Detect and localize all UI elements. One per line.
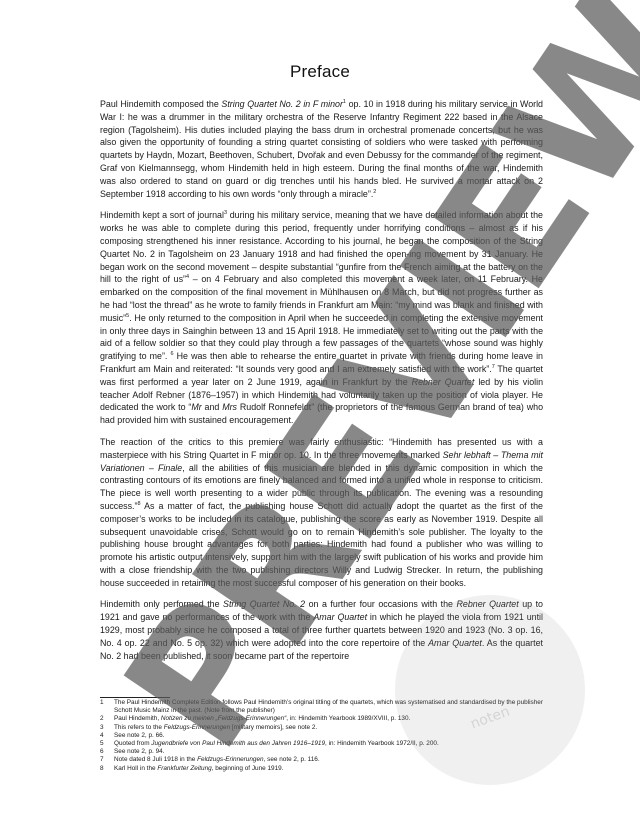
text-run: Note dated 8 Juli 1918 in the (114, 756, 197, 763)
footnote-number: 7 (100, 756, 114, 764)
text-run: , in: Hindemith Yearbook 1989/XVIII, p. … (286, 715, 410, 722)
text-run: The Paul Hindemith Complete Edition foll… (114, 699, 543, 714)
footnote-text: Karl Holl in the Frankfurter Zeitung, be… (114, 765, 545, 773)
text-run: Paul Hindemith composed the (100, 99, 221, 109)
footnote: 8Karl Holl in the Frankfurter Zeitung, b… (100, 765, 545, 773)
footnote-number: 1 (100, 699, 114, 715)
paragraph: The reaction of the critics to this prem… (100, 436, 543, 590)
italic-text: Amar Quartet (428, 638, 482, 648)
text-run: on a further four occasions with the (305, 599, 456, 609)
footnote-ref: 2 (373, 189, 376, 195)
italic-text: Jugendbriefe von Paul Hindemith aus den … (151, 740, 325, 747)
italic-text: Rebner Quartet (456, 599, 518, 609)
footnote-number: 3 (100, 724, 114, 732)
italic-text: Rebner Quartet (412, 377, 475, 387)
text-run: and (202, 402, 223, 412)
footnote-text: See note 2, p. 66. (114, 732, 545, 740)
paragraph: Paul Hindemith composed the String Quart… (100, 98, 543, 200)
text-run: Hindemith kept a sort of journal (100, 210, 224, 220)
footnote-text: Paul Hindemith, Notizen zu meinen „Feldz… (114, 715, 545, 723)
text-run: As a matter of fact, the publishing hous… (100, 501, 543, 588)
footnote: 7Note dated 8 Juli 1918 in the Feldzugs-… (100, 756, 545, 764)
footnote-text: Note dated 8 Juli 1918 in the Feldzugs-E… (114, 756, 545, 764)
italic-text: Mrs (222, 402, 237, 412)
text-run: See note 2, p. 66. (114, 732, 164, 739)
italic-text: Frankfurter Zeitung (157, 765, 211, 772)
text-run: , see note 2, p. 116. (264, 756, 320, 763)
text-run: , beginning of June 1919. (212, 765, 284, 772)
italic-text: Feldzugs-Erinnerungen (164, 724, 230, 731)
text-run: Paul Hindemith, (114, 715, 161, 722)
footnote-divider (100, 697, 170, 698)
page-title: Preface (0, 62, 640, 82)
italic-text: String Quartet No. 2 (223, 599, 305, 609)
text-run: This refers to the (114, 724, 164, 731)
italic-text: Mr (191, 402, 201, 412)
footnote: 5Quoted from Jugendbriefe von Paul Hinde… (100, 740, 545, 748)
italic-text: Notizen zu meinen „Feldzugs-Erinnerungen… (161, 715, 286, 722)
footnote: 4See note 2, p. 66. (100, 732, 545, 740)
footnote: 2Paul Hindemith, Notizen zu meinen „Feld… (100, 715, 545, 723)
text-run: Quoted from (114, 740, 151, 747)
paragraph: Hindemith only performed the String Quar… (100, 598, 543, 662)
paragraph: Hindemith kept a sort of journal3 during… (100, 209, 543, 427)
footnote: 3This refers to the Feldzugs-Erinnerunge… (100, 724, 545, 732)
italic-text: Amar Quartet (313, 612, 367, 622)
footnote-text: This refers to the Feldzugs-Erinnerungen… (114, 724, 545, 732)
footnote-text: See note 2, p. 94. (114, 748, 545, 756)
footnote: 1The Paul Hindemith Complete Edition fol… (100, 699, 545, 715)
italic-text: Feldzugs-Erinnerungen (197, 756, 263, 763)
text-run: Hindemith only performed the (100, 599, 223, 609)
document-page: Preface Paul Hindemith composed the Stri… (0, 0, 640, 839)
preface-body: Paul Hindemith composed the String Quart… (100, 98, 543, 671)
text-run: [military memoirs], see note 2. (230, 724, 317, 731)
footnote: 6See note 2, p. 94. (100, 748, 545, 756)
footnote-number: 6 (100, 748, 114, 756)
footnote-text: The Paul Hindemith Complete Edition foll… (114, 699, 545, 715)
text-run: op. 10 in 1918 during his military servi… (100, 99, 543, 199)
italic-text: String Quartet No. 2 in F minor (221, 99, 343, 109)
footnote-text: Quoted from Jugendbriefe von Paul Hindem… (114, 740, 545, 748)
footnotes: 1The Paul Hindemith Complete Edition fol… (100, 699, 545, 773)
text-run: Karl Holl in the (114, 765, 157, 772)
text-run: See note 2, p. 94. (114, 748, 164, 755)
footnote-number: 4 (100, 732, 114, 740)
footnote-number: 5 (100, 740, 114, 748)
footnote-number: 2 (100, 715, 114, 723)
footnote-number: 8 (100, 765, 114, 773)
text-run: , in: Hindemith Yearbook 1972/II, p. 200… (325, 740, 439, 747)
